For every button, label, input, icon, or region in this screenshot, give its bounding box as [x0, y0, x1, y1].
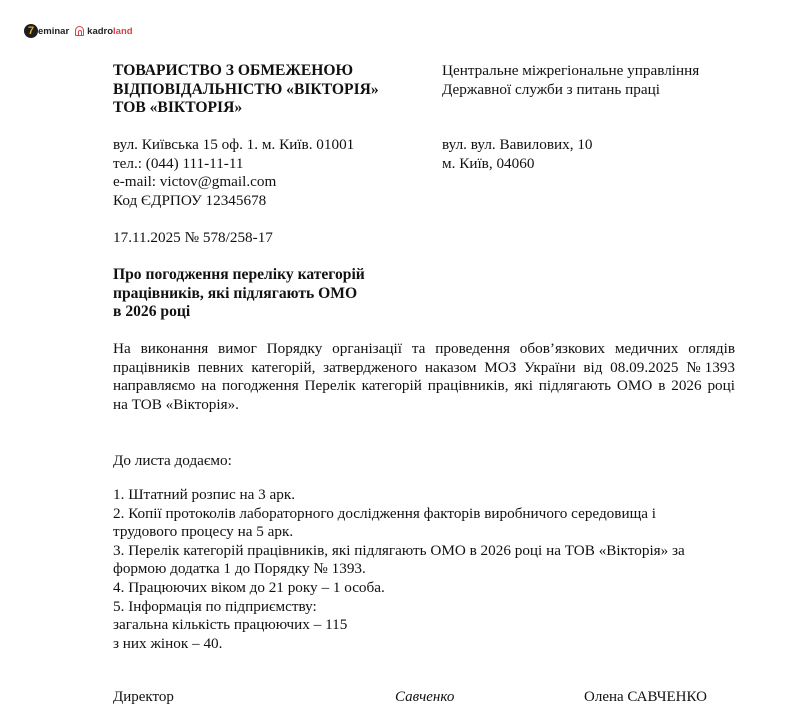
sender-org-line: ВІДПОВІДАЛЬНІСТЮ «ВІКТОРІЯ» — [113, 81, 379, 100]
seminar-logo-mark: 7 — [24, 24, 38, 38]
attachment-line: 5. Інформація по підприємству: — [113, 598, 685, 617]
kadroland-logo-text-accent: land — [113, 26, 133, 37]
recipient-address-line: вул. вул. Вавилових, 10 — [442, 136, 593, 155]
recipient-name-line: Центральне міжрегіональне управління — [442, 62, 699, 81]
attachment-line: формою додатка 1 до Порядку № 1393. — [113, 560, 685, 579]
attachment-line: 4. Працюючих віком до 21 року – 1 особа. — [113, 579, 685, 598]
signatory-position: Директор — [113, 688, 174, 707]
seminar-logo-text: eminar — [38, 26, 69, 37]
attachments-title: До листа додаємо: — [113, 452, 232, 471]
kadroland-logo: kadroland — [75, 26, 132, 37]
sender-edrpou: Код ЄДРПОУ 12345678 — [113, 192, 354, 211]
sender-organization: ТОВАРИСТВО З ОБМЕЖЕНОЮ ВІДПОВІДАЛЬНІСТЮ … — [113, 62, 379, 118]
recipient-address-line: м. Київ, 04060 — [442, 155, 593, 174]
logos: 7 eminar kadroland — [24, 24, 133, 38]
attachment-line: загальна кількість працюючих – 115 — [113, 616, 685, 635]
sender-contacts: вул. Київська 15 оф. 1. м. Київ. 01001 т… — [113, 136, 354, 210]
body-line: направляємо на погодження Перелік катего… — [113, 377, 735, 396]
attachment-line: трудового процесу на 5 арк. — [113, 523, 685, 542]
sender-phone: тел.: (044) 111-11-11 — [113, 155, 354, 174]
subject-line: Про погодження переліку категорій — [113, 266, 365, 285]
sender-org-line: ТОВ «ВІКТОРІЯ» — [113, 99, 379, 118]
attachment-line: з них жінок – 40. — [113, 635, 685, 654]
seminar-logo: 7 eminar — [24, 24, 69, 38]
sender-org-line: ТОВАРИСТВО З ОБМЕЖЕНОЮ — [113, 62, 379, 81]
attachment-line: 3. Перелік категорій працівників, які пі… — [113, 542, 685, 561]
attachment-line: 1. Штатний розпис на 3 арк. — [113, 486, 685, 505]
subject-line: в 2026 році — [113, 303, 365, 322]
attachments-list: 1. Штатний розпис на 3 арк. 2. Копії про… — [113, 486, 685, 653]
body-line: працівників певних категорій, затверджен… — [113, 359, 735, 378]
house-icon — [75, 26, 84, 36]
letter-body: На виконання вимог Порядку організації т… — [113, 340, 735, 414]
sender-email: e-mail: victov@gmail.com — [113, 173, 354, 192]
recipient-address: вул. вул. Вавилових, 10 м. Київ, 04060 — [442, 136, 593, 173]
signature: Савченко — [395, 688, 454, 707]
recipient-organization: Центральне міжрегіональне управління Дер… — [442, 62, 699, 99]
attachment-line: 2. Копії протоколів лабораторного дослід… — [113, 505, 685, 524]
letter-subject: Про погодження переліку категорій праців… — [113, 266, 365, 322]
subject-line: працівників, які підлягають ОМО — [113, 285, 365, 304]
outgoing-number: 17.11.2025 № 578/258-17 — [113, 229, 273, 248]
signatory-name: Олена САВЧЕНКО — [584, 688, 707, 707]
body-line: На виконання вимог Порядку організації т… — [113, 340, 735, 359]
sender-address: вул. Київська 15 оф. 1. м. Київ. 01001 — [113, 136, 354, 155]
kadroland-logo-text-dark: kadro — [87, 26, 113, 37]
body-line: на ТОВ «Вікторія». — [113, 396, 735, 415]
recipient-name-line: Державної служби з питань праці — [442, 81, 699, 100]
